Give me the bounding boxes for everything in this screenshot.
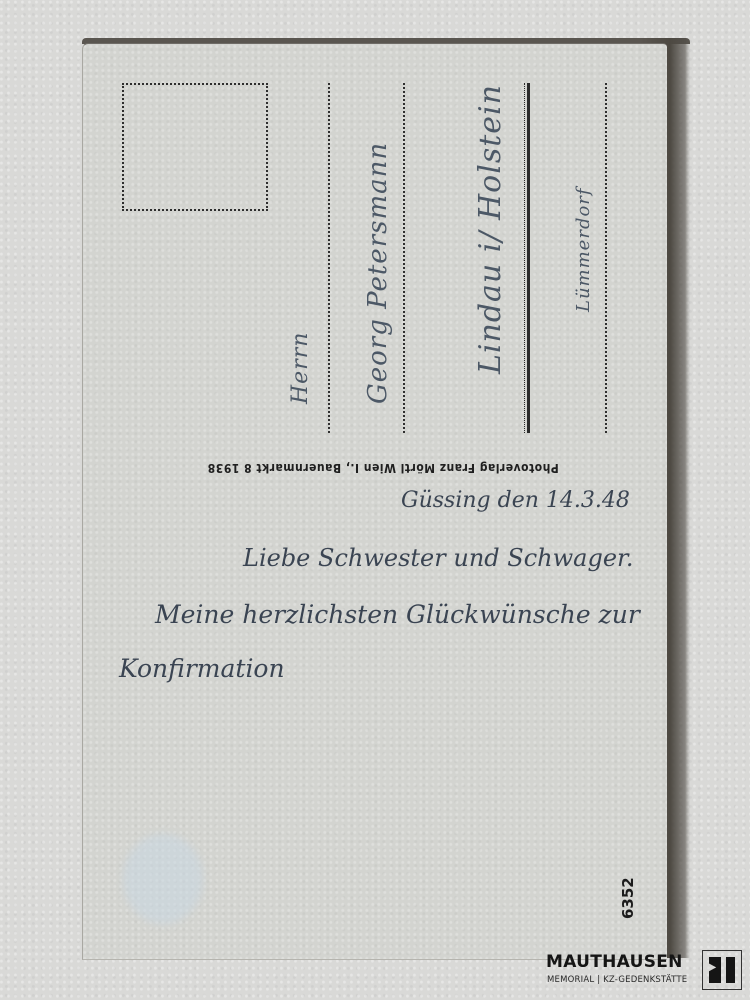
mauthausen-logo: MAUTHAUSEN MEMORIAL | KZ-GEDENKSTÄTTE: [546, 952, 746, 996]
address-line-4: [605, 83, 607, 433]
greeting: Liebe Schwester und Schwager.: [243, 544, 634, 572]
postcard: Herrn Georg Petersmann Lindau i/ Holstei…: [82, 43, 667, 960]
serial-number: 6352: [619, 877, 637, 919]
logo-subtitle: MEMORIAL | KZ-GEDENKSTÄTTE: [547, 975, 687, 985]
address-district: Lümmerdorf: [573, 187, 594, 312]
address-salutation: Herrn: [288, 332, 313, 404]
logo-m-icon: [702, 950, 742, 990]
address-line-2: [403, 83, 405, 433]
water-stain: [123, 834, 203, 924]
address-line-1: [328, 83, 330, 433]
message-line-1: Meine herzlichsten Glückwünsche zur: [155, 600, 640, 629]
stamp-box: [122, 83, 268, 211]
address-name: Georg Petersmann: [363, 142, 393, 404]
address-city: Lindau i/ Holstein: [473, 84, 508, 374]
message-line-2: Konfirmation: [119, 654, 285, 683]
address-line-3: [527, 83, 530, 433]
logo-title: MAUTHAUSEN: [546, 952, 683, 972]
place-date: Güssing den 14.3.48: [401, 488, 630, 513]
publisher-imprint: Photoverlag Franz Mörtl Wien I., Bauernm…: [173, 461, 593, 475]
